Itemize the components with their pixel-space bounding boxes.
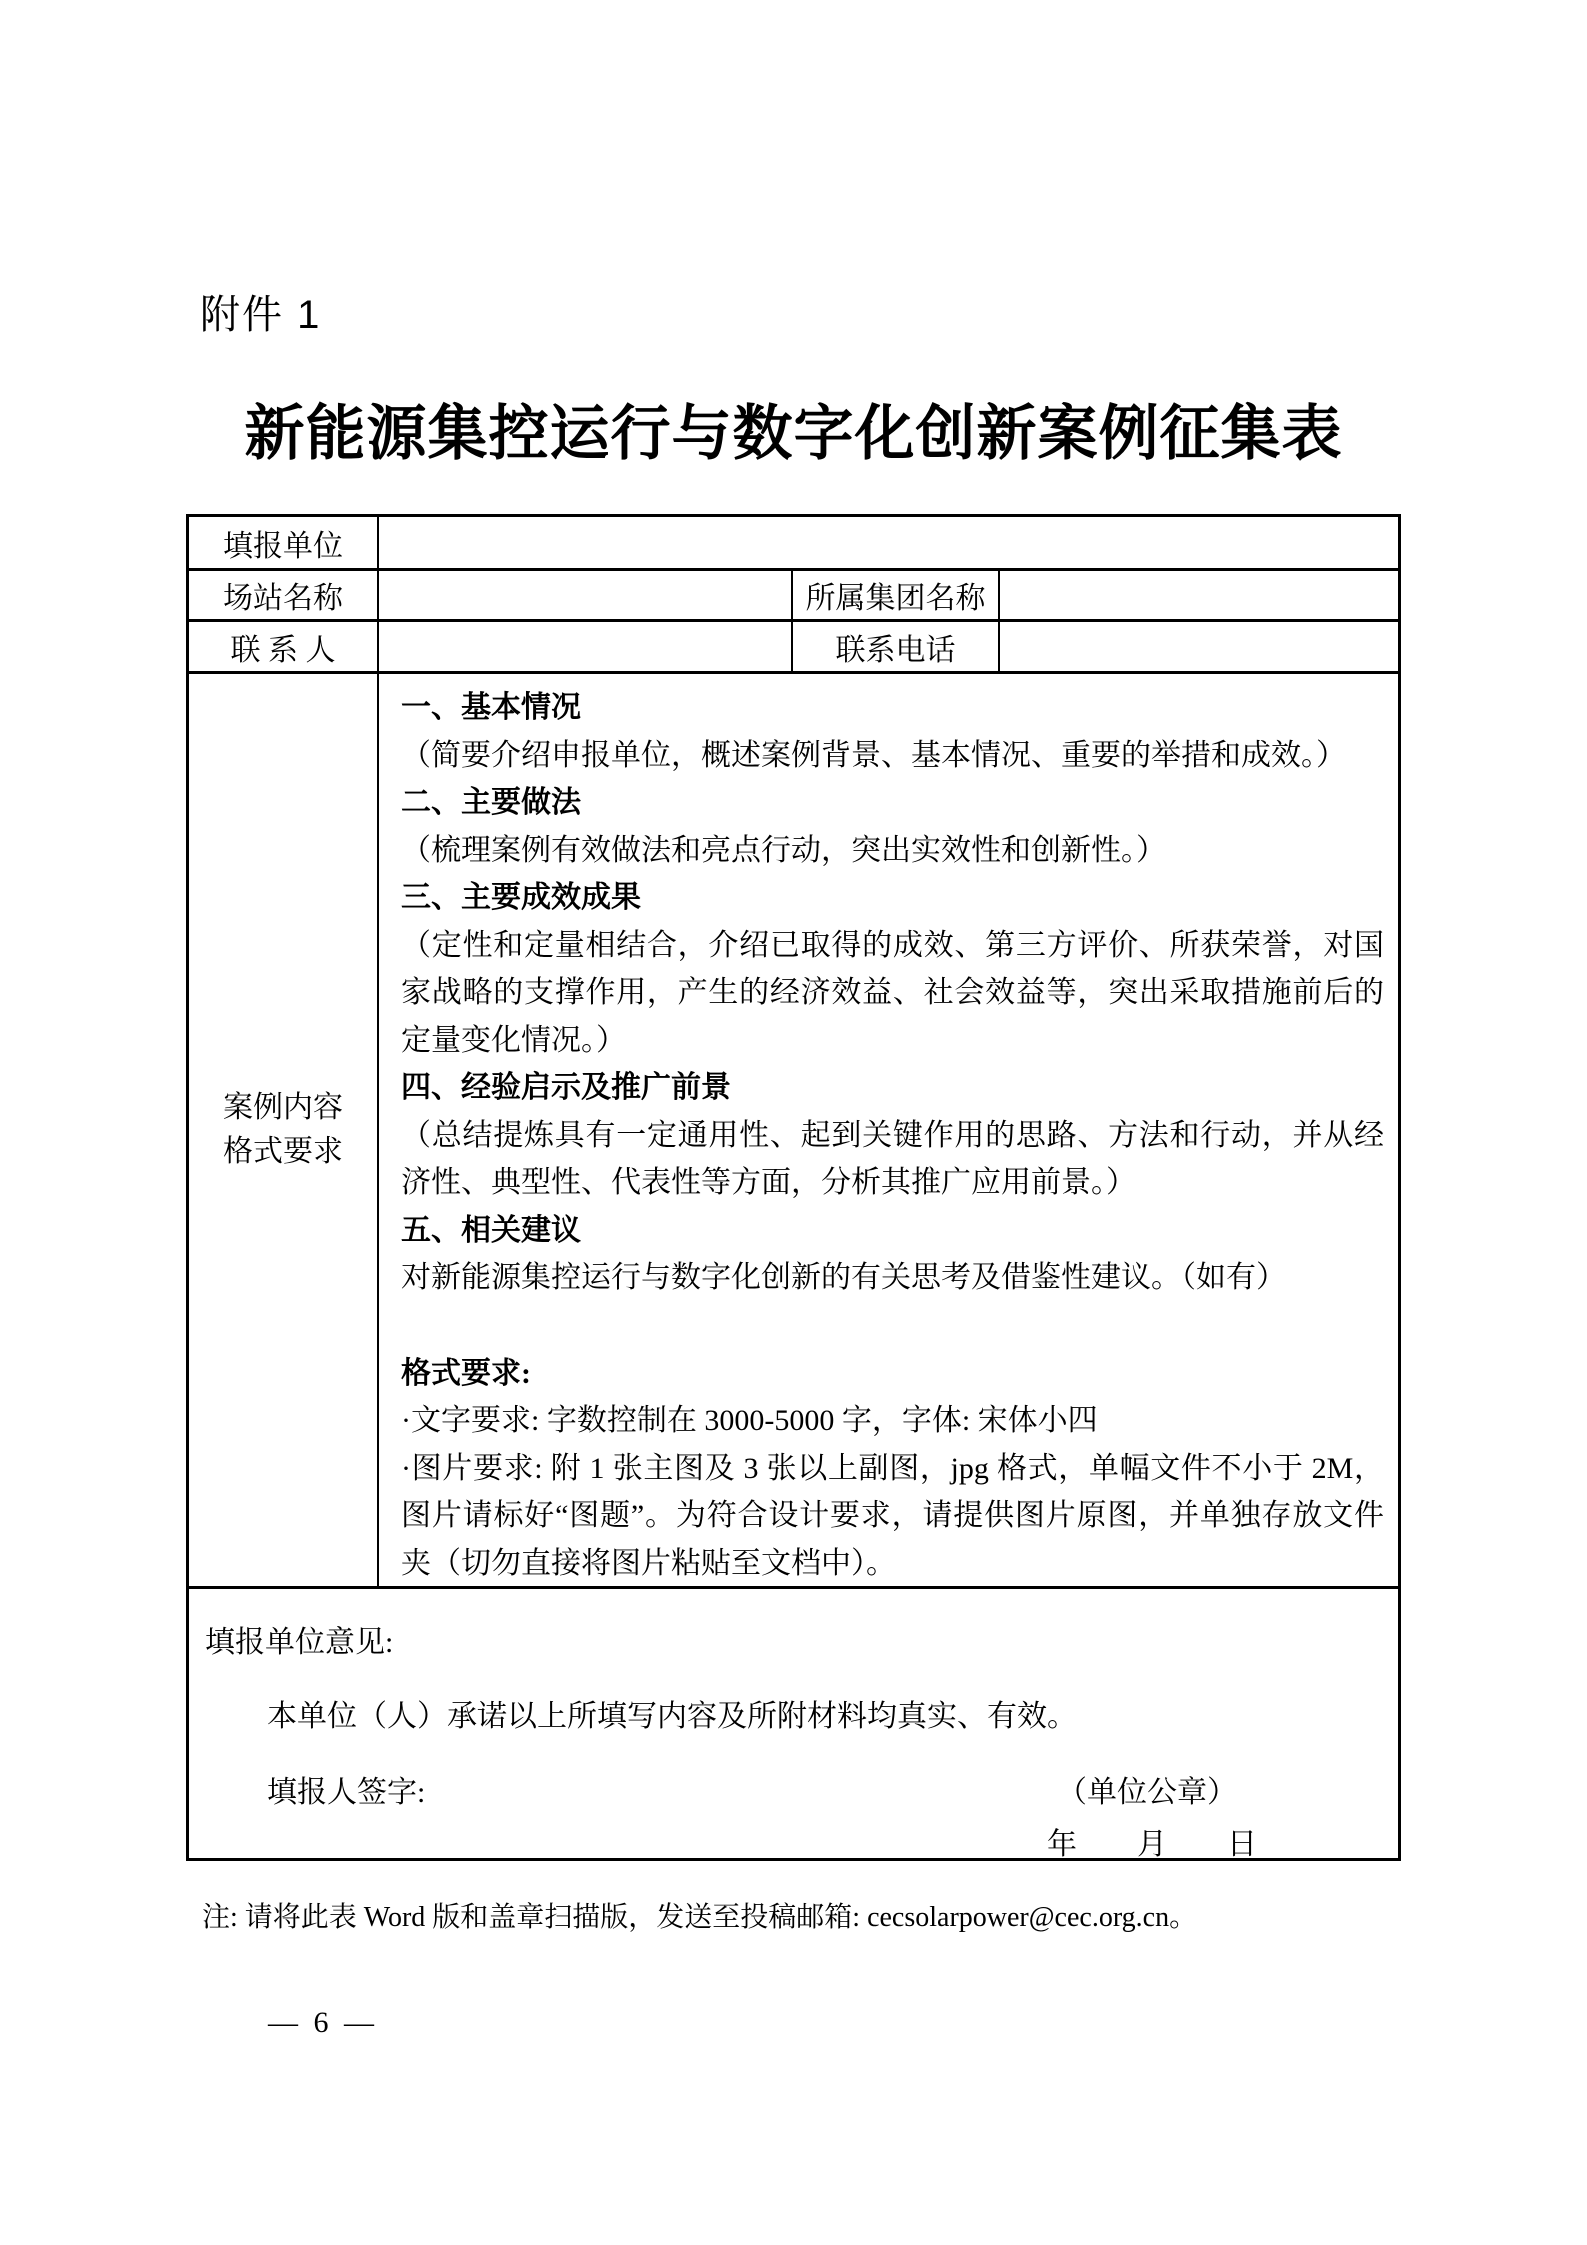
case-content-format-label-line2: 格式要求 — [223, 1130, 343, 1174]
opinion-field[interactable]: 填报单位意见: 本单位（人）承诺以上所填写内容及所附材料均真实、有效。 填报人签… — [189, 1589, 1398, 1858]
format-requirement-text: ·文字要求: 字数控制在 3000-5000 字，字体: 宋体小四 — [401, 1397, 1384, 1445]
group-name-field[interactable] — [998, 571, 1398, 619]
reporting-unit-field[interactable] — [377, 517, 1398, 568]
section-5-heading: 五、相关建议 — [401, 1207, 1384, 1255]
page-title: 新能源集控运行与数字化创新案例征集表 — [0, 398, 1587, 470]
section-3-heading: 三、主要成效成果 — [401, 874, 1384, 922]
section-4-body: （总结提炼具有一定通用性、起到关键作用的思路、方法和行动，并从经济性、典型性、代… — [401, 1112, 1384, 1207]
section-1-heading: 一、基本情况 — [401, 684, 1384, 732]
section-3-body: （定性和定量相结合，介绍已取得的成效、第三方评价、所获荣誉，对国家战略的支撑作用… — [401, 922, 1384, 1065]
attachment-label: 附件 1 — [200, 292, 321, 338]
format-requirement-image: ·图片要求: 附 1 张主图及 3 张以上副图，jpg 格式，单幅文件不小于 2… — [401, 1445, 1384, 1588]
section-2-body: （梳理案例有效做法和亮点行动，突出实效性和创新性。） — [401, 827, 1384, 875]
footnote: 注: 请将此表 Word 版和盖章扫描版，发送至投稿邮箱: cecsolarpo… — [202, 1898, 1197, 1938]
date-label: 年 月 日 — [1047, 1819, 1257, 1863]
seal-label: （单位公章） — [1057, 1767, 1237, 1811]
contact-person-label: 联 系 人 — [189, 622, 377, 671]
table-row: 填报单位 — [189, 517, 1398, 568]
station-name-field[interactable] — [377, 571, 791, 619]
contact-phone-label: 联系电话 — [791, 622, 998, 671]
section-5-body: 对新能源集控运行与数字化创新的有关思考及借鉴性建议。（如有） — [401, 1254, 1384, 1302]
document-page: 附件 1 新能源集控运行与数字化创新案例征集表 填报单位 场站名称 所属集团名称… — [0, 0, 1587, 2245]
reporting-unit-label: 填报单位 — [189, 517, 377, 568]
table-row: 场站名称 所属集团名称 — [189, 568, 1398, 619]
pledge-text: 本单位（人）承诺以上所填写内容及所附材料均真实、有效。 — [267, 1691, 1077, 1735]
contact-phone-field[interactable] — [998, 622, 1398, 671]
table-row: 联 系 人 联系电话 — [189, 619, 1398, 671]
station-name-label: 场站名称 — [189, 571, 377, 619]
group-name-label: 所属集团名称 — [791, 571, 998, 619]
format-requirements-heading: 格式要求: — [401, 1350, 1384, 1398]
signature-label: 填报人签字: — [267, 1767, 425, 1811]
contact-person-field[interactable] — [377, 622, 791, 671]
section-1-body: （简要介绍申报单位，概述案例背景、基本情况、重要的举措和成效。） — [401, 732, 1384, 780]
section-4-heading: 四、经验启示及推广前景 — [401, 1064, 1384, 1112]
case-content-format-label: 案例内容 格式要求 — [189, 674, 377, 1586]
form-table: 填报单位 场站名称 所属集团名称 联 系 人 联系电话 案例内容 格式要求 一、… — [186, 514, 1401, 1861]
case-content-format-label-line1: 案例内容 — [223, 1086, 343, 1130]
section-2-heading: 二、主要做法 — [401, 779, 1384, 827]
case-content-row: 案例内容 格式要求 一、基本情况 （简要介绍申报单位，概述案例背景、基本情况、重… — [189, 671, 1398, 1586]
opinion-label: 填报单位意见: — [205, 1617, 393, 1661]
opinion-row: 填报单位意见: 本单位（人）承诺以上所填写内容及所附材料均真实、有效。 填报人签… — [189, 1586, 1398, 1858]
page-number: — 6 — — [268, 2006, 378, 2040]
case-content-instructions: 一、基本情况 （简要介绍申报单位，概述案例背景、基本情况、重要的举措和成效。） … — [377, 674, 1398, 1586]
